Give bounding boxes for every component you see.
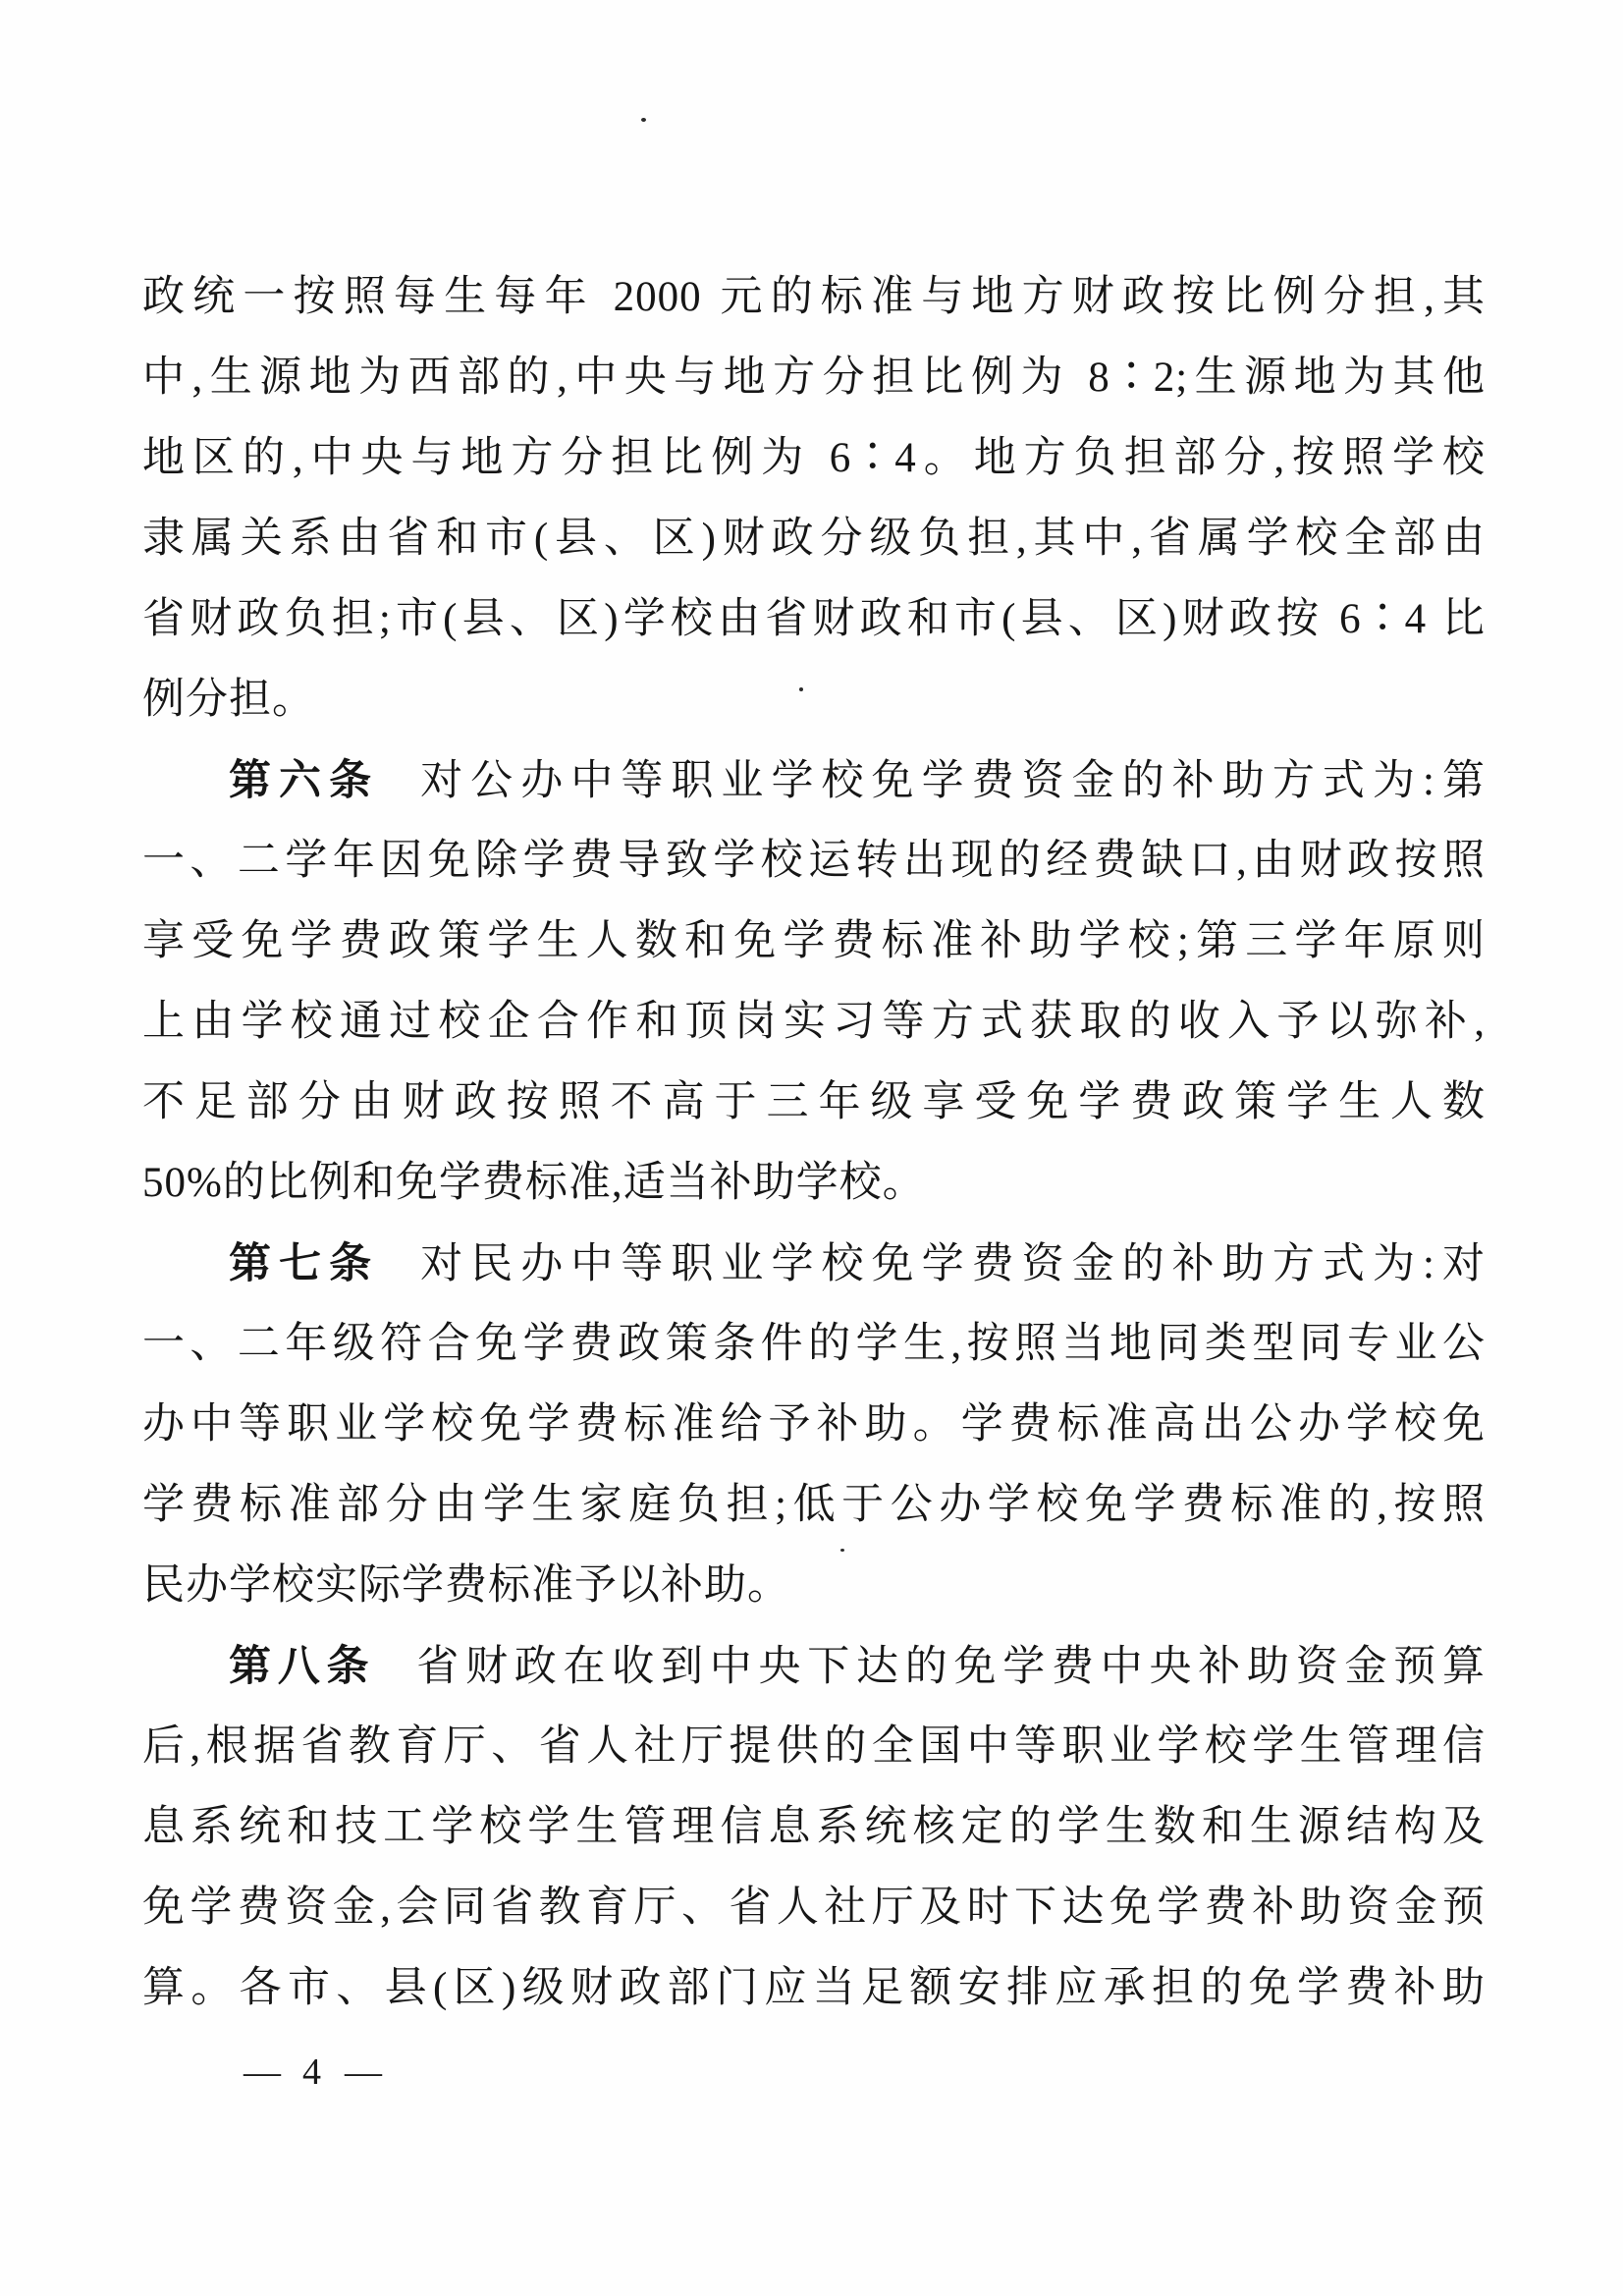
article-number-heading: 第七条 [229, 1240, 379, 1287]
text-line: 免学费资金,会同省教育厅、省人社厅及时下达免学费补助资金预 [142, 1868, 1486, 1948]
text-line: 息系统和技工学校学生管理信息系统核定的学生数和生源结构及 [142, 1787, 1486, 1868]
footer-dash-right: — [345, 2050, 380, 2094]
page-footer: — 4 — [243, 2050, 380, 2094]
article-number-heading: 第六条 [229, 757, 379, 804]
text-line: 中,生源地为西部的,中央与地方分担比例为 8∶2;生源地为其他 [142, 338, 1486, 418]
text-line: 办中等职业学校免学费标准给予补助。学费标准高出公办学校免 [142, 1385, 1486, 1465]
text-line: 算。各市、县(区)级财政部门应当足额安排应承担的免学费补助 [142, 1948, 1486, 2029]
article-number-heading: 第八条 [229, 1643, 375, 1690]
text-line: 学费标准部分由学生家庭负担;低于公办学校免学费标准的,按照 [142, 1465, 1486, 1546]
scan-artifact-dot [641, 118, 646, 122]
text-line: 上由学校通过校企合作和顶岗实习等方式获取的收入予以弥补, [142, 982, 1486, 1063]
document-body: 政统一按照每生每年 2000 元的标准与地方财政按比例分担,其中,生源地为西部的… [142, 257, 1486, 2029]
text-line: 享受免学费政策学生人数和免学费标准补助学校;第三学年原则 [142, 902, 1486, 982]
text-line: 例分担。 [142, 660, 1486, 740]
text-line: 50%的比例和免学费标准,适当补助学校。 [142, 1143, 1486, 1224]
text-line: 政统一按照每生每年 2000 元的标准与地方财政按比例分担,其 [142, 257, 1486, 338]
text-line: 省财政负担;市(县、区)学校由省财政和市(县、区)财政按 6∶4 比 [142, 579, 1486, 660]
text-line: 第七条对民办中等职业学校免学费资金的补助方式为:对 [142, 1224, 1486, 1304]
line-text: 省财政在收到中央下达的免学费中央补助资金预算 [416, 1644, 1486, 1690]
text-line: 隶属关系由省和市(县、区)财政分级负担,其中,省属学校全部由 [142, 499, 1486, 579]
text-line: 一、二学年因免除学费导致学校运转出现的经费缺口,由财政按照 [142, 821, 1486, 902]
text-line: 后,根据省教育厅、省人社厅提供的全国中等职业学校学生管理信 [142, 1707, 1486, 1787]
text-line: 民办学校实际学费标准予以补助。 [142, 1546, 1486, 1626]
scanned-document-page: 政统一按照每生每年 2000 元的标准与地方财政按比例分担,其中,生源地为西部的… [0, 0, 1623, 2296]
text-line: 一、二年级符合免学费政策条件的学生,按照当地同类型同专业公 [142, 1304, 1486, 1385]
text-line: 不足部分由财政按照不高于三年级享受免学费政策学生人数 [142, 1063, 1486, 1143]
text-line: 第八条省财政在收到中央下达的免学费中央补助资金预算 [142, 1626, 1486, 1707]
text-line: 地区的,中央与地方分担比例为 6∶4。地方负担部分,按照学校 [142, 418, 1486, 499]
text-line: 第六条对公办中等职业学校免学费资金的补助方式为:第 [142, 740, 1486, 821]
footer-dash-left: — [243, 2050, 279, 2094]
page-number: 4 [302, 2050, 321, 2094]
line-text: 对民办中等职业学校免学费资金的补助方式为:对 [420, 1241, 1486, 1287]
line-text: 对公办中等职业学校免学费资金的补助方式为:第 [420, 758, 1486, 804]
